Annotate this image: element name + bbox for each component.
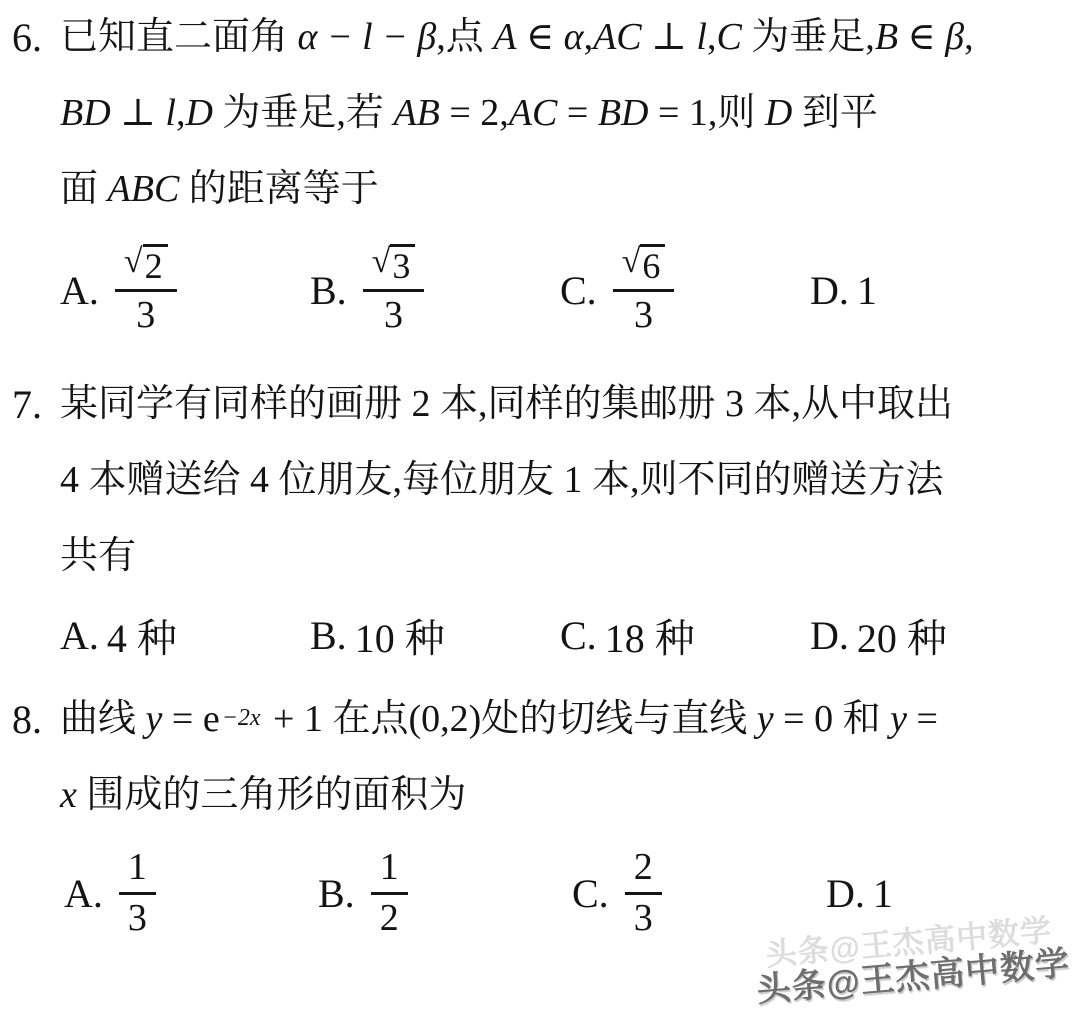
- text-run: 围成的三角形的面积为: [77, 774, 467, 818]
- text-run: = 0 和: [774, 698, 890, 742]
- question-7-option-b: B. 10 种: [310, 607, 560, 664]
- text-run: 为垂足,若: [213, 92, 394, 136]
- text-run: ∈: [516, 16, 563, 60]
- question-8: 8. 曲线 y = e−2x + 1 在点(0,2)处的切线与直线 y = 0 …: [0, 682, 1080, 952]
- question-6-options: A. √23 B. √33 C. √63 D. 1: [0, 228, 1080, 352]
- question-7-text-line-1: 某同学有同样的画册 2 本,同样的集邮册 3 本,从中取出: [60, 383, 953, 427]
- text-run: 1: [857, 267, 877, 314]
- math-worksheet-page: 6. 已知直二面角 α − l − β,点 A ∈ α,AC ⊥ l,C 为垂足…: [0, 0, 1080, 1010]
- option-value: 12: [363, 848, 416, 939]
- fraction: 23: [625, 848, 662, 939]
- option-value: 20 种: [857, 607, 947, 664]
- radicand: 3: [390, 244, 415, 286]
- radical-sign: √: [372, 245, 391, 279]
- math-variable: D: [765, 92, 792, 136]
- option-label: B.: [310, 612, 347, 659]
- question-7: 7. 某同学有同样的画册 2 本,同样的集邮册 3 本,从中取出 4 本赠送给 …: [0, 367, 1080, 665]
- fraction-denominator: 2: [380, 895, 399, 939]
- question-8-line-2: x 围成的三角形的面积为: [0, 758, 1080, 834]
- radicand: 6: [640, 244, 665, 286]
- question-6-text-line-3: 面 ABC 的距离等于: [60, 168, 379, 212]
- text-run: ⊥: [111, 92, 166, 136]
- math-variable: y: [890, 698, 907, 742]
- radical-sign: √: [622, 245, 641, 279]
- option-label: A.: [60, 612, 99, 659]
- math-variable: B: [875, 16, 898, 60]
- option-label: B.: [310, 267, 347, 314]
- fraction-numerator: 1: [119, 848, 156, 895]
- math-variable: y: [146, 698, 163, 742]
- option-value: 13: [111, 848, 164, 939]
- text-run: 到平: [792, 92, 878, 136]
- text-run: 1: [873, 870, 893, 917]
- option-label: C.: [560, 612, 597, 659]
- fraction: √33: [363, 244, 425, 337]
- text-run: 共有: [60, 535, 136, 579]
- question-6-text-line-2: BD ⊥ l,D 为垂足,若 AB = 2,AC = BD = 1,则 D 到平: [60, 92, 878, 136]
- option-label: D.: [810, 612, 849, 659]
- question-7-text-line-2: 4 本赠送给 4 位朋友,每位朋友 1 本,则不同的赠送方法: [60, 459, 944, 503]
- math-variable: l: [696, 16, 707, 60]
- math-variable: ABC: [108, 168, 180, 212]
- question-7-line-1: 7. 某同学有同样的画册 2 本,同样的集邮册 3 本,从中取出: [0, 367, 1080, 443]
- text-run: = e: [162, 698, 219, 742]
- question-7-option-d: D. 20 种: [810, 607, 1060, 664]
- question-7-option-c: C. 18 种: [560, 607, 810, 664]
- option-value: 10 种: [355, 607, 445, 664]
- fraction-denominator: 3: [136, 292, 155, 336]
- math-variable: β: [945, 16, 964, 60]
- math-variable: AC: [593, 16, 642, 60]
- text-run: 面: [60, 168, 108, 212]
- fraction-numerator: √3: [363, 244, 425, 293]
- text-run: ,: [707, 16, 717, 60]
- fraction: 12: [371, 848, 408, 939]
- question-6-text-line-1: 已知直二面角 α − l − β,点 A ∈ α,AC ⊥ l,C 为垂足,B …: [60, 16, 974, 60]
- fraction-numerator: √2: [115, 244, 177, 293]
- option-label: C.: [572, 870, 609, 917]
- math-variable: BD: [60, 92, 111, 136]
- text-run: 的距离等于: [179, 168, 379, 212]
- fraction: 13: [119, 848, 156, 939]
- question-6-line-1: 6. 已知直二面角 α − l − β,点 A ∈ α,AC ⊥ l,C 为垂足…: [0, 0, 1080, 76]
- text-run: ⊥: [642, 16, 697, 60]
- text-run: 某同学有同样的画册 2 本,同样的集邮册 3 本,从中取出: [60, 383, 953, 427]
- option-label: D.: [810, 267, 849, 314]
- text-run: =: [907, 698, 938, 742]
- question-6-option-d: D. 1: [810, 267, 1060, 314]
- question-6: 6. 已知直二面角 α − l − β,点 A ∈ α,AC ⊥ l,C 为垂足…: [0, 0, 1080, 352]
- question-7-number: 7.: [0, 382, 60, 428]
- option-value: 1: [873, 870, 893, 917]
- fraction-numerator: 1: [371, 848, 408, 895]
- square-root: √2: [124, 244, 168, 286]
- math-variable: D: [185, 92, 212, 136]
- option-value: 23: [617, 848, 670, 939]
- question-8-option-c: C. 23: [572, 848, 826, 939]
- question-8-text-line-1: 曲线 y = e−2x + 1 在点(0,2)处的切线与直线 y = 0 和 y…: [60, 698, 938, 742]
- question-7-options: A. 4 种 B. 10 种 C. 18 种 D. 20 种: [0, 605, 1080, 665]
- question-6-option-b: B. √33: [310, 244, 560, 337]
- math-variable: l: [165, 92, 176, 136]
- fraction-numerator: √6: [613, 244, 675, 293]
- text-run: 为垂足,: [742, 16, 875, 60]
- text-run: 已知直二面角: [60, 16, 298, 60]
- text-run: 10 种: [355, 607, 445, 664]
- question-6-line-3: 面 ABC 的距离等于: [0, 152, 1080, 228]
- option-value: √63: [605, 244, 683, 337]
- square-root: √3: [372, 244, 416, 286]
- fraction: √63: [613, 244, 675, 337]
- math-variable: α − l − β: [298, 16, 437, 60]
- question-6-number: 6.: [0, 15, 60, 61]
- radical-sign: √: [124, 245, 143, 279]
- question-6-option-c: C. √63: [560, 244, 810, 337]
- text-run: ,: [584, 16, 594, 60]
- question-8-option-a: A. 13: [64, 848, 318, 939]
- text-run: 18 种: [605, 607, 695, 664]
- question-6-line-2: BD ⊥ l,D 为垂足,若 AB = 2,AC = BD = 1,则 D 到平: [0, 76, 1080, 152]
- question-7-line-2: 4 本赠送给 4 位朋友,每位朋友 1 本,则不同的赠送方法: [0, 443, 1080, 519]
- option-label: A.: [60, 267, 99, 314]
- math-variable: BD: [598, 92, 649, 136]
- text-run: = 2,: [440, 92, 509, 136]
- text-run: 4 本赠送给 4 位朋友,每位朋友 1 本,则不同的赠送方法: [60, 459, 944, 503]
- text-run: =: [557, 92, 597, 136]
- option-label: D.: [826, 870, 865, 917]
- text-run: ,: [964, 16, 974, 60]
- question-7-line-3: 共有: [0, 519, 1080, 595]
- fraction-denominator: 3: [634, 292, 653, 336]
- question-6-option-a: A. √23: [60, 244, 310, 337]
- math-variable: C: [716, 16, 741, 60]
- text-run: ∈: [898, 16, 945, 60]
- text-run: ,点: [436, 16, 493, 60]
- math-variable: x: [60, 774, 77, 818]
- text-run: = 1,则: [648, 92, 764, 136]
- radicand: 2: [143, 244, 168, 286]
- fraction-numerator: 2: [625, 848, 662, 895]
- question-7-option-a: A. 4 种: [60, 607, 310, 664]
- option-value: √23: [107, 244, 185, 337]
- text-run: 4 种: [107, 607, 177, 664]
- fraction: √23: [115, 244, 177, 337]
- text-run: 20 种: [857, 607, 947, 664]
- math-variable: A: [493, 16, 516, 60]
- text-run: 曲线: [60, 698, 146, 742]
- math-variable: α: [564, 16, 584, 60]
- math-variable: y: [757, 698, 774, 742]
- option-label: B.: [318, 870, 355, 917]
- question-8-text-line-2: x 围成的三角形的面积为: [60, 774, 466, 818]
- option-value: 4 种: [107, 607, 177, 664]
- question-7-text-line-3: 共有: [60, 535, 136, 579]
- fraction-denominator: 3: [128, 895, 147, 939]
- square-root: √6: [622, 244, 666, 286]
- option-value: 18 种: [605, 607, 695, 664]
- option-label: C.: [560, 267, 597, 314]
- question-8-option-b: B. 12: [318, 848, 572, 939]
- math-variable: AB: [393, 92, 439, 136]
- option-label: A.: [64, 870, 103, 917]
- question-8-number: 8.: [0, 697, 60, 743]
- question-8-line-1: 8. 曲线 y = e−2x + 1 在点(0,2)处的切线与直线 y = 0 …: [0, 682, 1080, 758]
- math-variable: AC: [509, 92, 558, 136]
- option-value: 1: [857, 267, 877, 314]
- fraction-denominator: 3: [634, 895, 653, 939]
- text-run: + 1 在点(0,2)处的切线与直线: [264, 698, 757, 742]
- option-value: √33: [355, 244, 433, 337]
- fraction-denominator: 3: [384, 292, 403, 336]
